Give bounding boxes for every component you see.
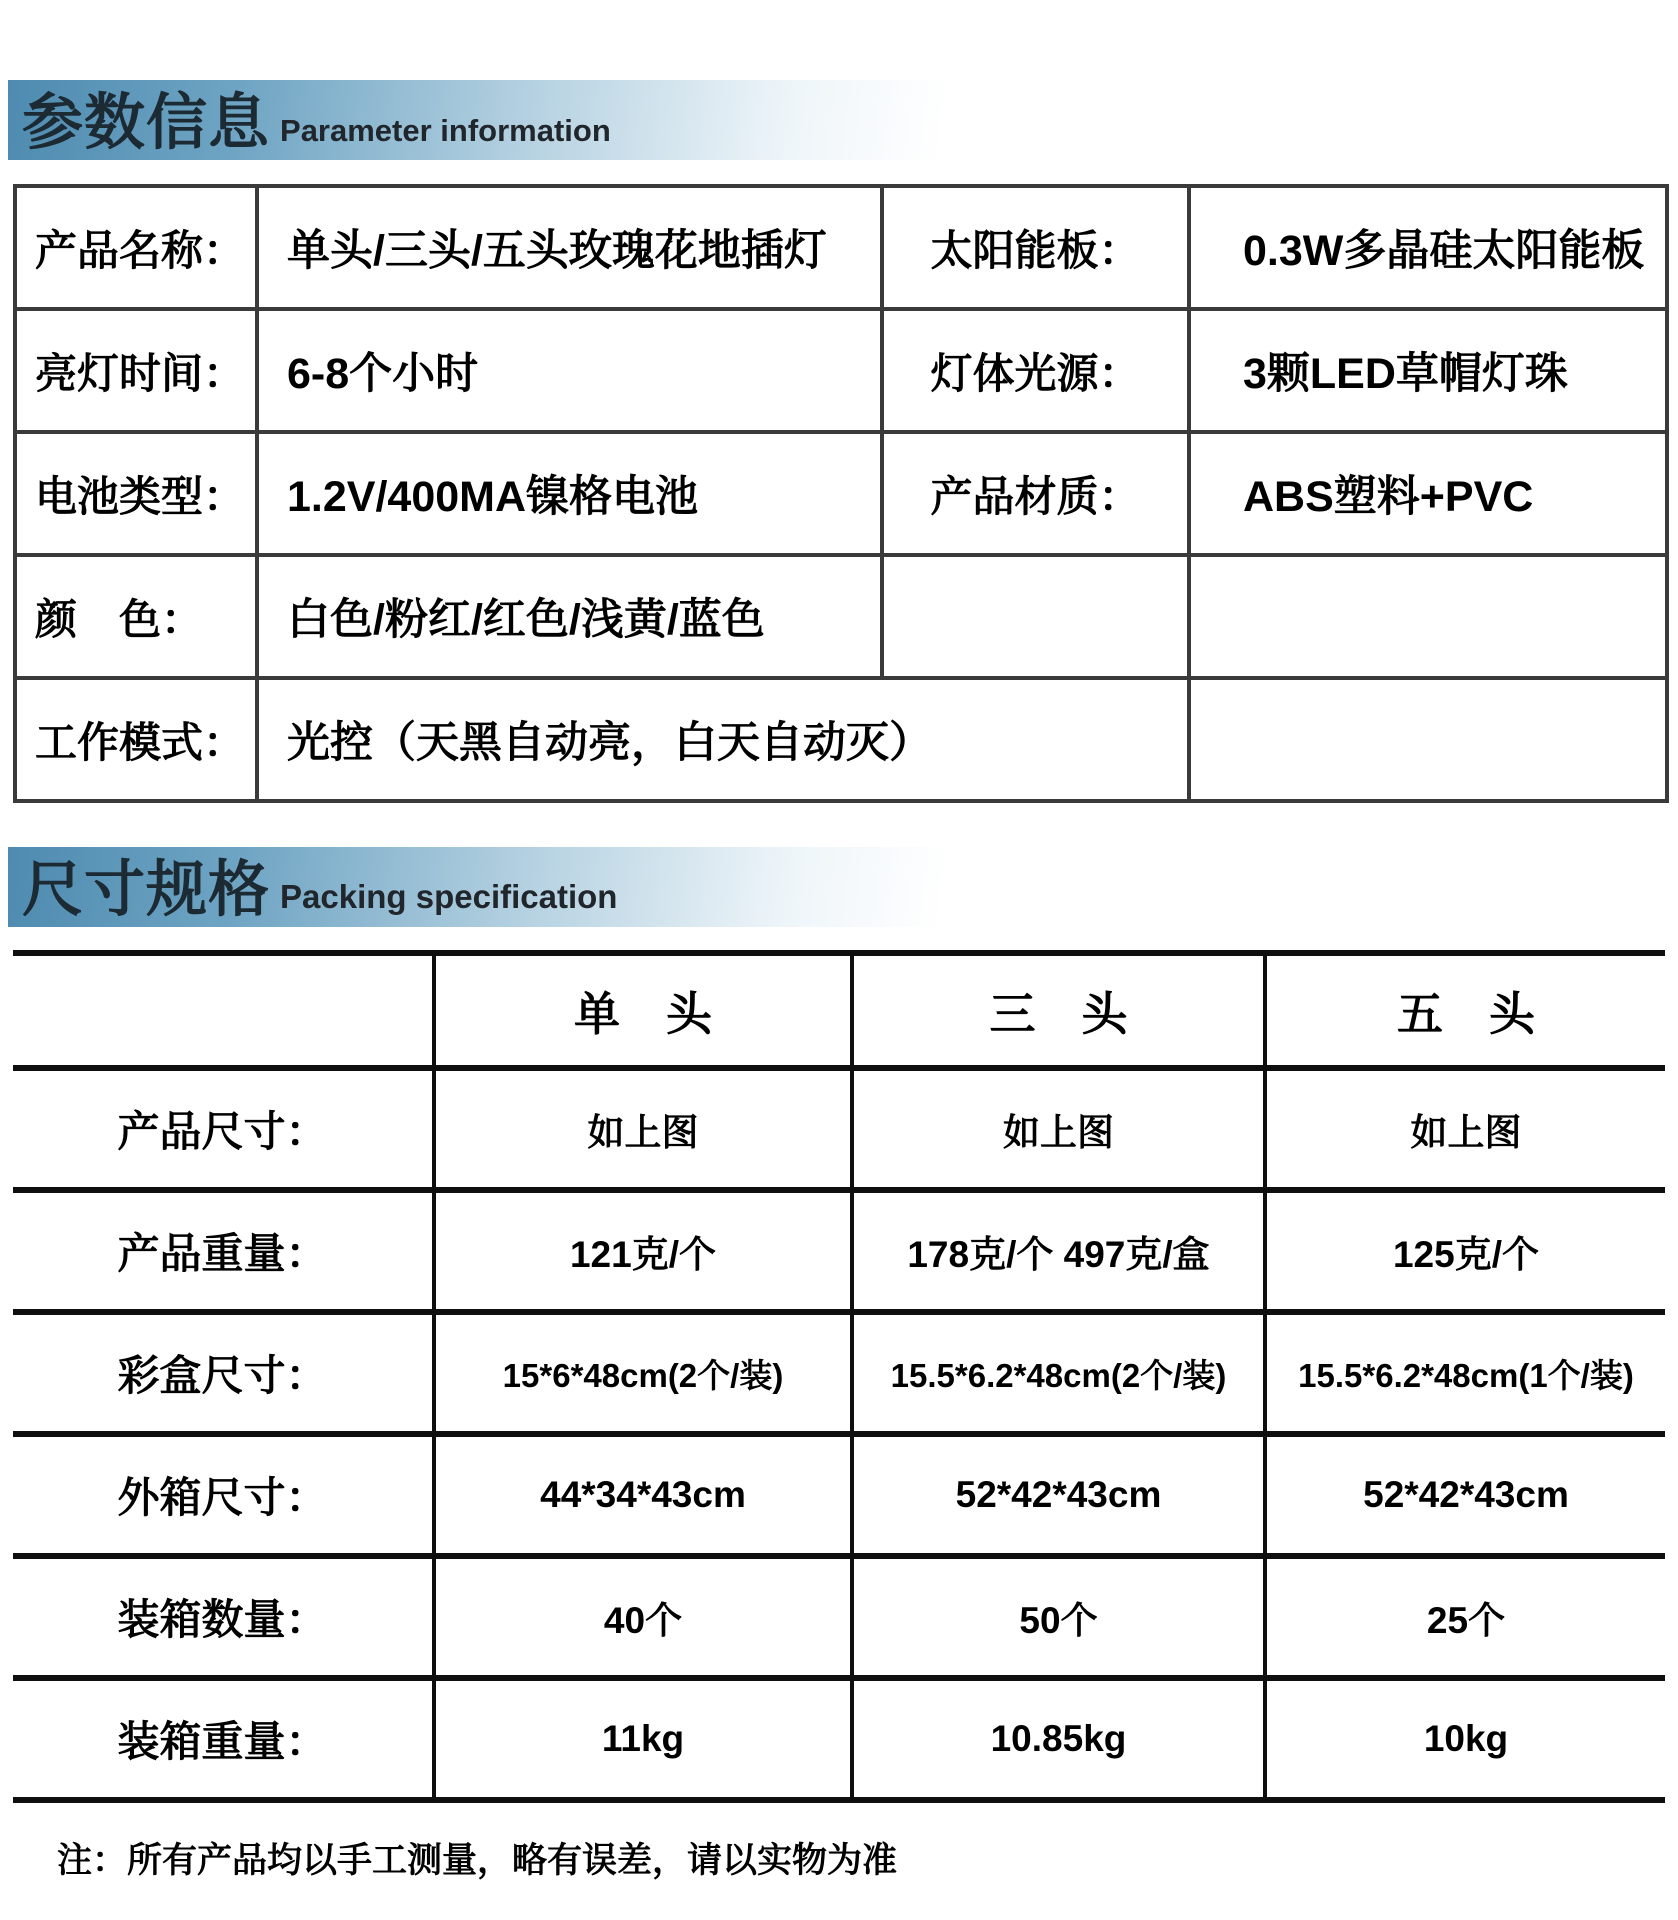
spec-label-packing-weight: 装箱重量：	[13, 1678, 434, 1800]
spec-label-product-weight: 产品重量：	[13, 1190, 434, 1312]
spec-value: 10.85kg	[852, 1678, 1265, 1800]
table-header-row: 单 头 三 头 五 头	[13, 953, 1665, 1068]
table-row: 外箱尺寸： 44*34*43cm 52*42*43cm 52*42*43cm	[13, 1434, 1665, 1556]
spec-value: 50个	[852, 1556, 1265, 1678]
spec-value: 25个	[1265, 1556, 1665, 1678]
measurement-note: 注：所有产品均以手工测量，略有误差，请以实物为准	[57, 1833, 897, 1883]
param-label-solar-panel: 太阳能板：	[882, 186, 1189, 309]
empty-cell	[1189, 555, 1667, 678]
section2-title: 尺寸规格	[22, 851, 270, 927]
spec-value: 如上图	[1265, 1068, 1665, 1190]
table-row: 产品重量： 121克/个 178克/个 497克/盒 125克/个	[13, 1190, 1665, 1312]
spec-sheet-page: 参数信息 Parameter information 产品名称： 单头/三头/五…	[0, 0, 1678, 1920]
table-row: 颜 色： 白色/粉红/红色/浅黄/蓝色	[15, 555, 1667, 678]
param-value-battery-type: 1.2V/400MA镍格电池	[257, 432, 882, 555]
spec-value: 15*6*48cm(2个/装)	[434, 1312, 852, 1434]
param-value-solar-panel: 0.3W多晶硅太阳能板	[1189, 186, 1667, 309]
spec-label-product-size: 产品尺寸：	[13, 1068, 434, 1190]
corner-cell	[13, 953, 434, 1068]
param-value-material: ABS塑料+PVC	[1189, 432, 1667, 555]
spec-value: 15.5*6.2*48cm(2个/装)	[852, 1312, 1265, 1434]
parameter-info-table: 产品名称： 单头/三头/五头玫瑰花地插灯 太阳能板： 0.3W多晶硅太阳能板 亮…	[13, 184, 1669, 803]
spec-label-packing-qty: 装箱数量：	[13, 1556, 434, 1678]
table-row: 装箱数量： 40个 50个 25个	[13, 1556, 1665, 1678]
table-row: 产品名称： 单头/三头/五头玫瑰花地插灯 太阳能板： 0.3W多晶硅太阳能板	[15, 186, 1667, 309]
packing-spec-table: 单 头 三 头 五 头 产品尺寸： 如上图 如上图 如上图 产品重量： 121克…	[13, 950, 1665, 1803]
section1-subtitle: Parameter information	[280, 115, 611, 146]
column-header-single: 单 头	[434, 953, 852, 1068]
param-value-product-name: 单头/三头/五头玫瑰花地插灯	[257, 186, 882, 309]
table-row: 亮灯时间： 6-8个小时 灯体光源： 3颗LED草帽灯珠	[15, 309, 1667, 432]
spec-value: 10kg	[1265, 1678, 1665, 1800]
spec-value: 如上图	[852, 1068, 1265, 1190]
spec-value: 如上图	[434, 1068, 852, 1190]
param-label-light-source: 灯体光源：	[882, 309, 1189, 432]
section1-title: 参数信息	[22, 84, 270, 160]
param-label-work-mode: 工作模式：	[15, 678, 257, 801]
spec-value: 40个	[434, 1556, 852, 1678]
param-value-color: 白色/粉红/红色/浅黄/蓝色	[257, 555, 882, 678]
param-label-material: 产品材质：	[882, 432, 1189, 555]
spec-value: 125克/个	[1265, 1190, 1665, 1312]
table-row: 工作模式： 光控（天黑自动亮，白天自动灭）	[15, 678, 1667, 801]
column-header-triple: 三 头	[852, 953, 1265, 1068]
param-label-color: 颜 色：	[15, 555, 257, 678]
spec-value: 178克/个 497克/盒	[852, 1190, 1265, 1312]
spec-value: 11kg	[434, 1678, 852, 1800]
column-header-five: 五 头	[1265, 953, 1665, 1068]
packing-spec-header-band: 尺寸规格 Packing specification	[8, 847, 1428, 927]
spec-label-carton-size: 外箱尺寸：	[13, 1434, 434, 1556]
spec-value: 52*42*43cm	[1265, 1434, 1665, 1556]
spec-value: 52*42*43cm	[852, 1434, 1265, 1556]
table-row: 彩盒尺寸： 15*6*48cm(2个/装) 15.5*6.2*48cm(2个/装…	[13, 1312, 1665, 1434]
param-value-lighting-time: 6-8个小时	[257, 309, 882, 432]
empty-cell	[1189, 678, 1667, 801]
spec-value: 44*34*43cm	[434, 1434, 852, 1556]
empty-cell	[882, 555, 1189, 678]
param-label-battery-type: 电池类型：	[15, 432, 257, 555]
table-row: 产品尺寸： 如上图 如上图 如上图	[13, 1068, 1665, 1190]
param-label-product-name: 产品名称：	[15, 186, 257, 309]
table-row: 电池类型： 1.2V/400MA镍格电池 产品材质： ABS塑料+PVC	[15, 432, 1667, 555]
param-value-light-source: 3颗LED草帽灯珠	[1189, 309, 1667, 432]
spec-value: 15.5*6.2*48cm(1个/装)	[1265, 1312, 1665, 1434]
param-label-lighting-time: 亮灯时间：	[15, 309, 257, 432]
spec-label-colorbox-size: 彩盒尺寸：	[13, 1312, 434, 1434]
section2-subtitle: Packing specification	[280, 880, 617, 913]
parameter-info-header-band: 参数信息 Parameter information	[8, 80, 1428, 160]
table-row: 装箱重量： 11kg 10.85kg 10kg	[13, 1678, 1665, 1800]
param-value-work-mode: 光控（天黑自动亮，白天自动灭）	[257, 678, 1189, 801]
spec-value: 121克/个	[434, 1190, 852, 1312]
